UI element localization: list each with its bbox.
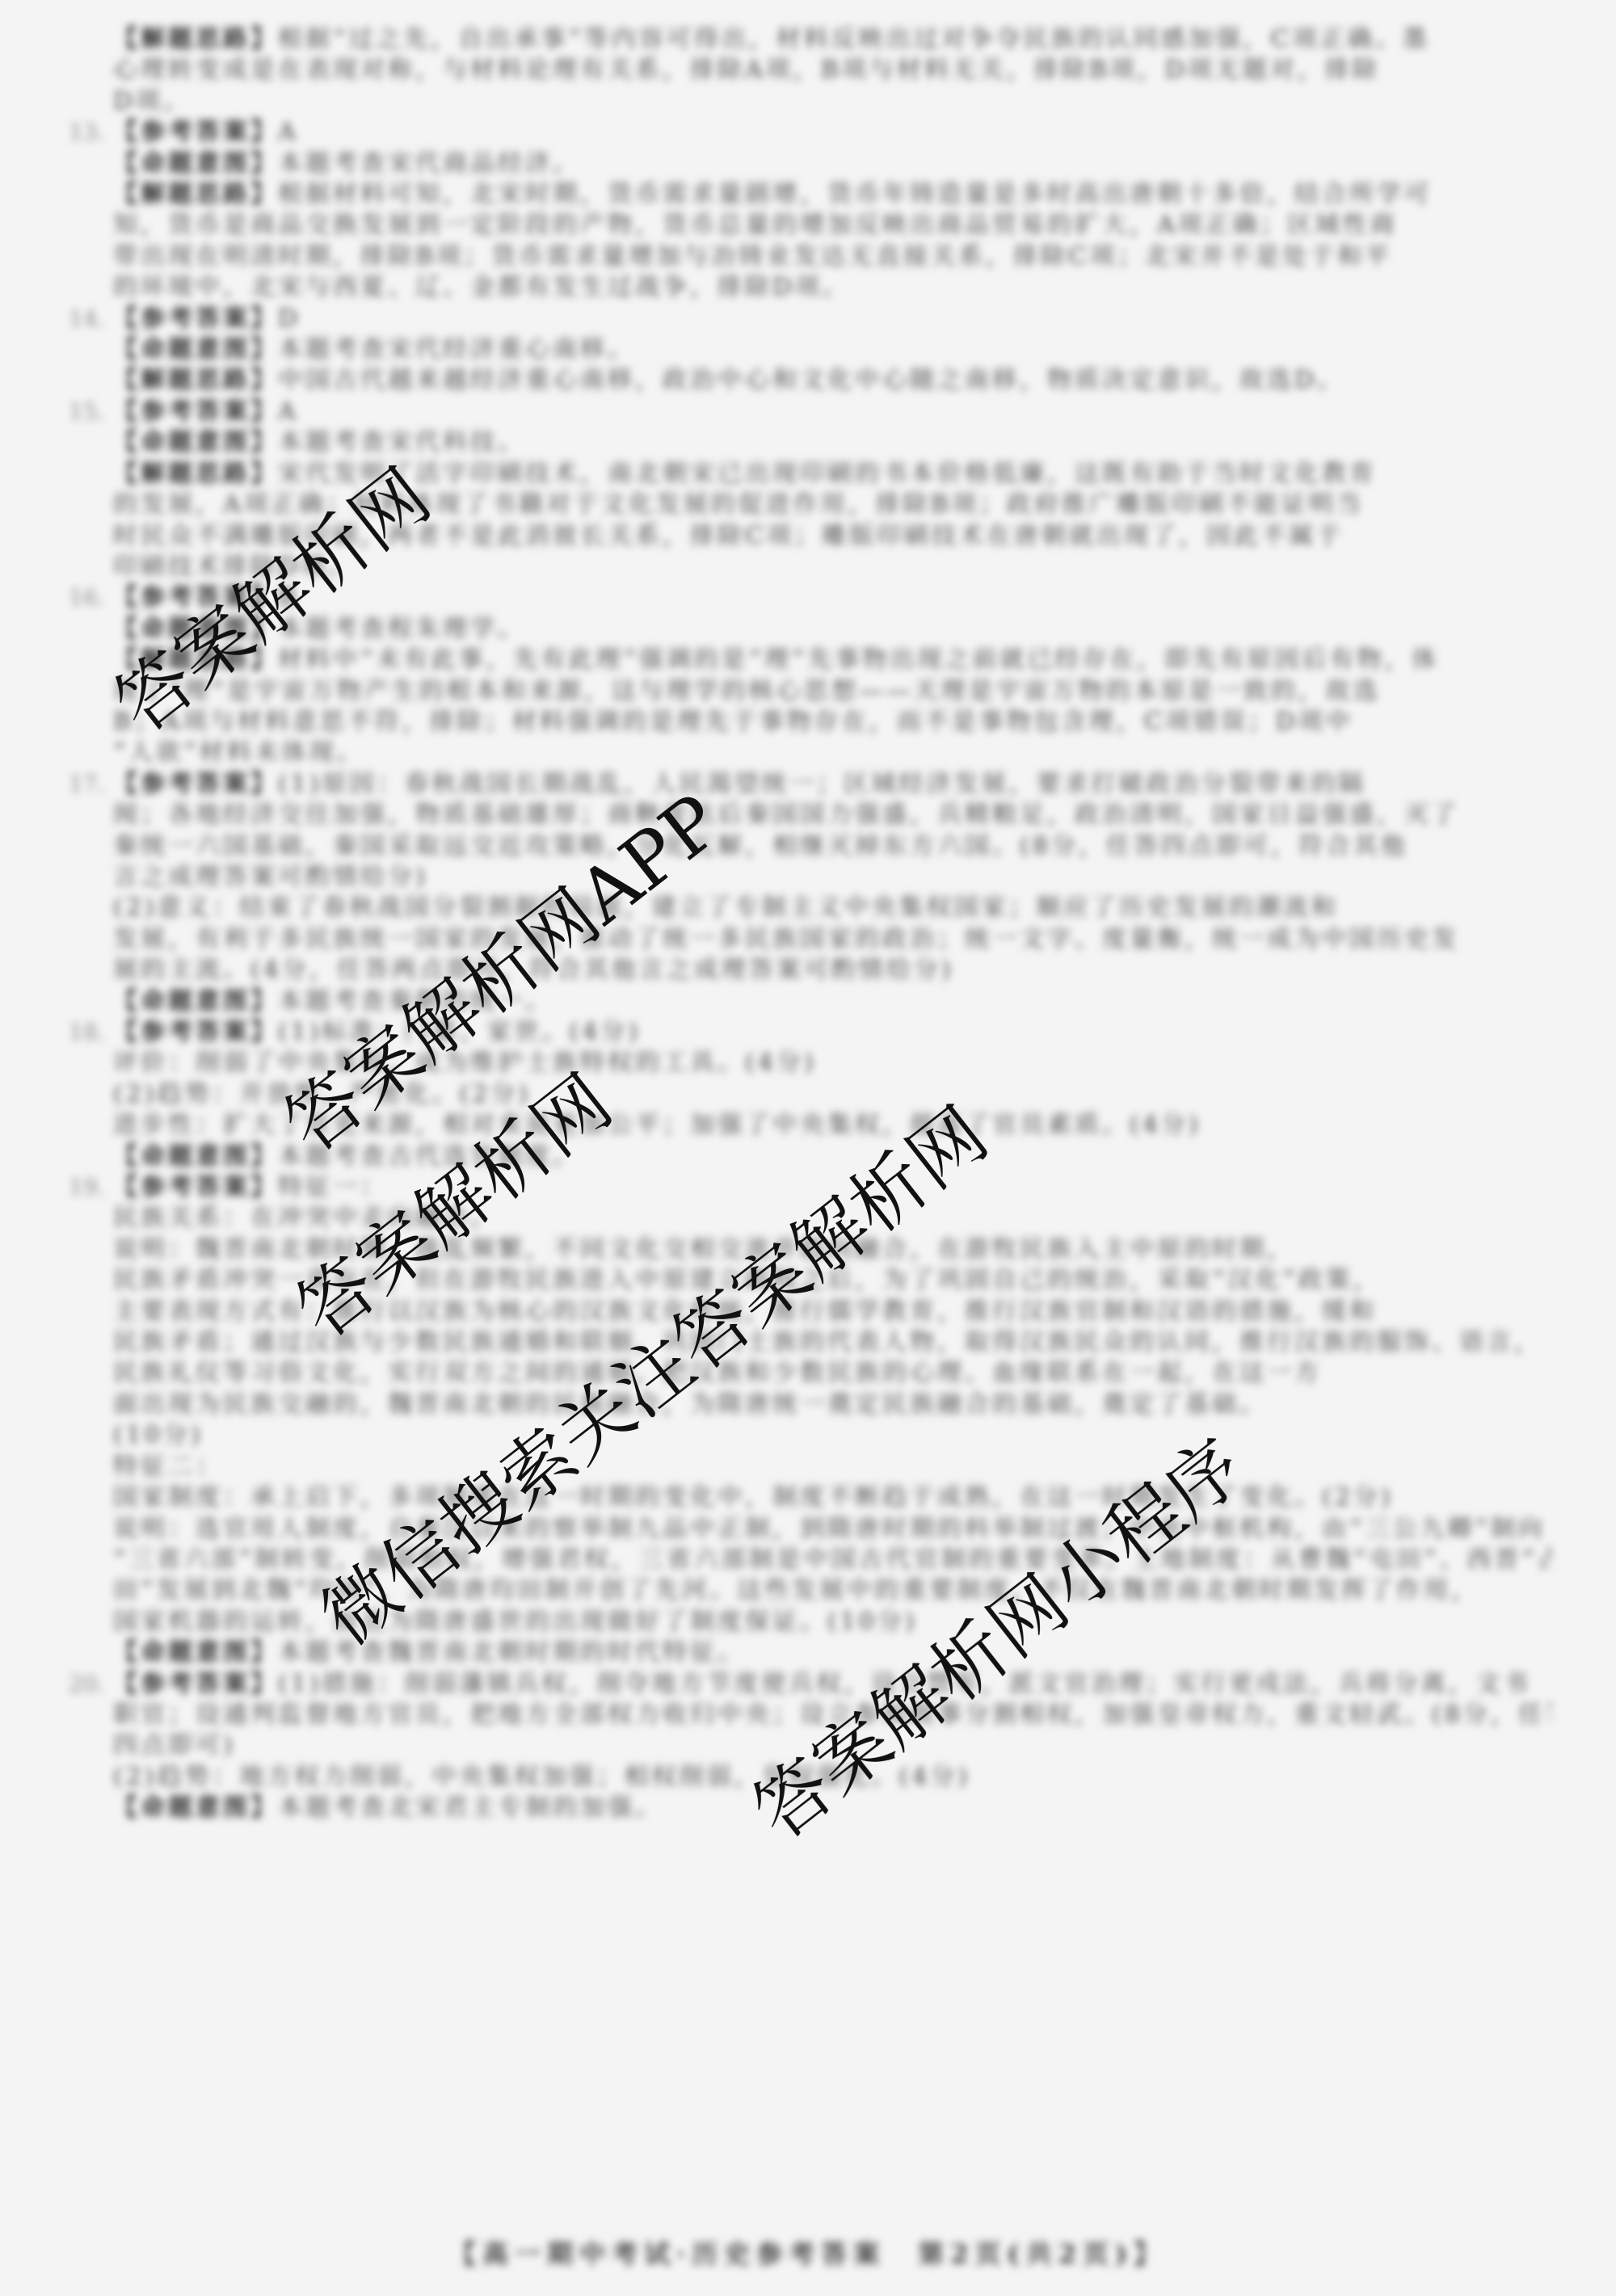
text-line: D项。 [113, 86, 1551, 117]
text-line: 面出现为民族交融的，魏晋南北朝的民族融合，为隋唐统一奠定民族融合的基础，奠定了基… [113, 1390, 1551, 1420]
text-line: 特征二： [113, 1452, 1551, 1482]
answer-key-body: 【解题思路】根据“过之先，自出承事”等内容可得出，材料反映出过对争夺民族的认同感… [113, 24, 1551, 1824]
text-line: 知，货币是商品交换发展到一定阶段的产物，货币总量的增加反映出商品贸易的扩大，A项… [113, 210, 1551, 241]
section-tag: 【参考答案】 [113, 1018, 278, 1046]
question-block: 17.【参考答案】(1)原因：春秋战国长期战乱，人民渴望统一；区域经济发展，要求… [113, 769, 1551, 1017]
text-line: 【解题思路】根据“过之先，自出承事”等内容可得出，材料反映出过对争夺民族的认同感… [113, 24, 1551, 55]
text-line: 国家制度：承上启下，多项制度在这一时期的变化中，制度不断趋于成熟，在这一时期发生… [113, 1482, 1551, 1513]
text-line: 现了“理”是宇宙万物产生的根本和来源，这与理学的核心思想——天理是宇宙万物的本原… [113, 676, 1551, 707]
text-line: 【解题思路】根据材料可知，北宋时期，货币需求量剧增，货币年铸造量是多时高出唐朝十… [113, 179, 1551, 210]
question-block: 【解题思路】根据“过之先，自出承事”等内容可得出，材料反映出过对争夺民族的认同感… [113, 24, 1551, 117]
text-line: 阂；各地经济交往加强，物质基础雄厚；商鞅变法后秦国国力强盛，兵精粮足，政治清明，… [113, 800, 1551, 831]
text-line: (2)意义：结束了春秋战国分裂割据的局面，建立了专制主义中央集权国家；顺应了历史… [113, 893, 1551, 923]
section-tag: 【命题意图】 [113, 149, 278, 178]
text-line: 【命题意图】本题考查宋代经济重心南移。 [113, 334, 1551, 365]
text-line: 发展，有利于多民族统一国家的发展，推动了统一多民族国家的政治；统一文字、度量衡，… [113, 924, 1551, 955]
text-line: 【解题思路】中国古代越来越经济重心南移，政治中心和文化中心随之南移，物质决定意识… [113, 365, 1551, 396]
text-line: “三省六部”制转变，削弱相权，增强君权，三省六部制是中国古代官制的重要变革。土地… [113, 1545, 1551, 1575]
text-line: 【命题意图】本题考查宋代商品经济。 [113, 149, 1551, 179]
text-line: 心理转变成是在表现对称，与材料论理有关系，排除A项，B项与材料无关，排除B项，D… [113, 55, 1551, 86]
section-tag: 【解题思路】 [113, 366, 278, 394]
page-footer: 【高一期中考试·历史参考答案 第2页(共2页)】 [0, 2234, 1616, 2271]
section-tag: 【命题意图】 [113, 1793, 278, 1822]
question-number: 13. [69, 117, 105, 148]
text-line: 【命题意图】本题考查秦朝的统一。 [113, 986, 1551, 1017]
text-line: 【解题思路】宋代发明了活字印刷技术，南北朝宋已出现印刷的书本价格低廉，这既有助于… [113, 459, 1551, 490]
question-block: 13.【参考答案】A【命题意图】本题考查宋代商品经济。【解题思路】根据材料可知，… [113, 117, 1551, 303]
question-block: 14.【参考答案】D【命题意图】本题考查宋代经济重心南移。【解题思路】中国古代越… [113, 304, 1551, 397]
section-tag: 【命题意图】 [113, 1638, 278, 1667]
question-number: 20. [69, 1669, 105, 1700]
question-number: 14. [69, 304, 105, 334]
document-page: 【解题思路】根据“过之先，自出承事”等内容可得出，材料反映出过对争夺民族的认同感… [0, 0, 1616, 2296]
section-tag: 【解题思路】 [113, 180, 278, 208]
section-tag: 【参考答案】 [113, 305, 278, 333]
question-number: 15. [69, 397, 105, 427]
section-tag: 【参考答案】 [113, 1670, 278, 1698]
section-tag: 【参考答案】 [113, 397, 278, 426]
text-line: 【参考答案】A [113, 117, 1551, 148]
text-line: 秦统一六国基础，秦国采取远交近攻策略，分化瓦解，相继灭掉东方六国。(8分，任答四… [113, 831, 1551, 862]
text-line: 【命题意图】本题考查程朱理学。 [113, 614, 1551, 645]
text-line: 【命题意图】本题考查宋代科技。 [113, 427, 1551, 458]
text-line: 【参考答案】A [113, 397, 1551, 427]
text-line: (10分) [113, 1420, 1551, 1451]
text-line: 言之成理答案可酌情给分) [113, 862, 1551, 893]
section-tag: 【参考答案】 [113, 118, 278, 146]
question-number: 17. [69, 769, 105, 800]
text-line: 民族礼仪等习俗文化，实行双方之间的通婚，把汉族和少数民族的心理、血缘联系在一起，… [113, 1358, 1551, 1389]
section-tag: 【命题意图】 [113, 1142, 278, 1171]
section-tag: 【命题意图】 [113, 428, 278, 456]
section-tag: 【命题意图】 [113, 335, 278, 364]
section-tag: 【解题思路】 [113, 460, 278, 488]
text-line: “人欲”材料未体现。 [113, 738, 1551, 768]
question-number: 19. [69, 1172, 105, 1203]
text-line: 展的主流。(4分，任答两点即可，符合其他言之成理答案可酌情给分) [113, 955, 1551, 986]
text-line: 【解题思路】材料中“未有此事，先有此理”强调的是“理”先事物出现之前就已经存在，… [113, 645, 1551, 675]
text-line: 带出现在明清时期，排除B项；货币需求量增加与冶铸业发达无直接关系，排除C项；北宋… [113, 242, 1551, 272]
text-line: 【命题意图】本题考查魏晋南北朝时期的时代特征。 [113, 1638, 1551, 1668]
section-tag: 【命题意图】 [113, 987, 278, 1016]
section-tag: 【解题思路】 [113, 25, 278, 53]
section-tag: 【参考答案】 [113, 770, 278, 798]
text-line: 【参考答案】D [113, 304, 1551, 334]
text-line: 【参考答案】(1)措施：削弱藩镇兵权，削夺地方节度使兵权，设立禁军，派文官治理；… [113, 1669, 1551, 1700]
text-line: 说明：选官用人制度，自秦汉以来的察举制九品中正制，到隋唐时期的科举制过渡；中央中… [113, 1514, 1551, 1545]
text-line: 的环境中，北宋与西夏、辽、金都有发生过战争，排除D项。 [113, 272, 1551, 303]
text-line: B；A项与材料意思不符，排除；材料强调的是理先于事物存在，而不是事物包含理，C项… [113, 707, 1551, 738]
section-tag: 【参考答案】 [113, 1173, 278, 1201]
text-line: 【参考答案】(1)标准：门第、家世。(4分) [113, 1017, 1551, 1048]
question-number: 16. [69, 582, 105, 613]
question-number: 18. [69, 1017, 105, 1048]
text-line: 【参考答案】(1)原因：春秋战国长期战乱，人民渴望统一；区域经济发展，要求打破政… [113, 769, 1551, 800]
